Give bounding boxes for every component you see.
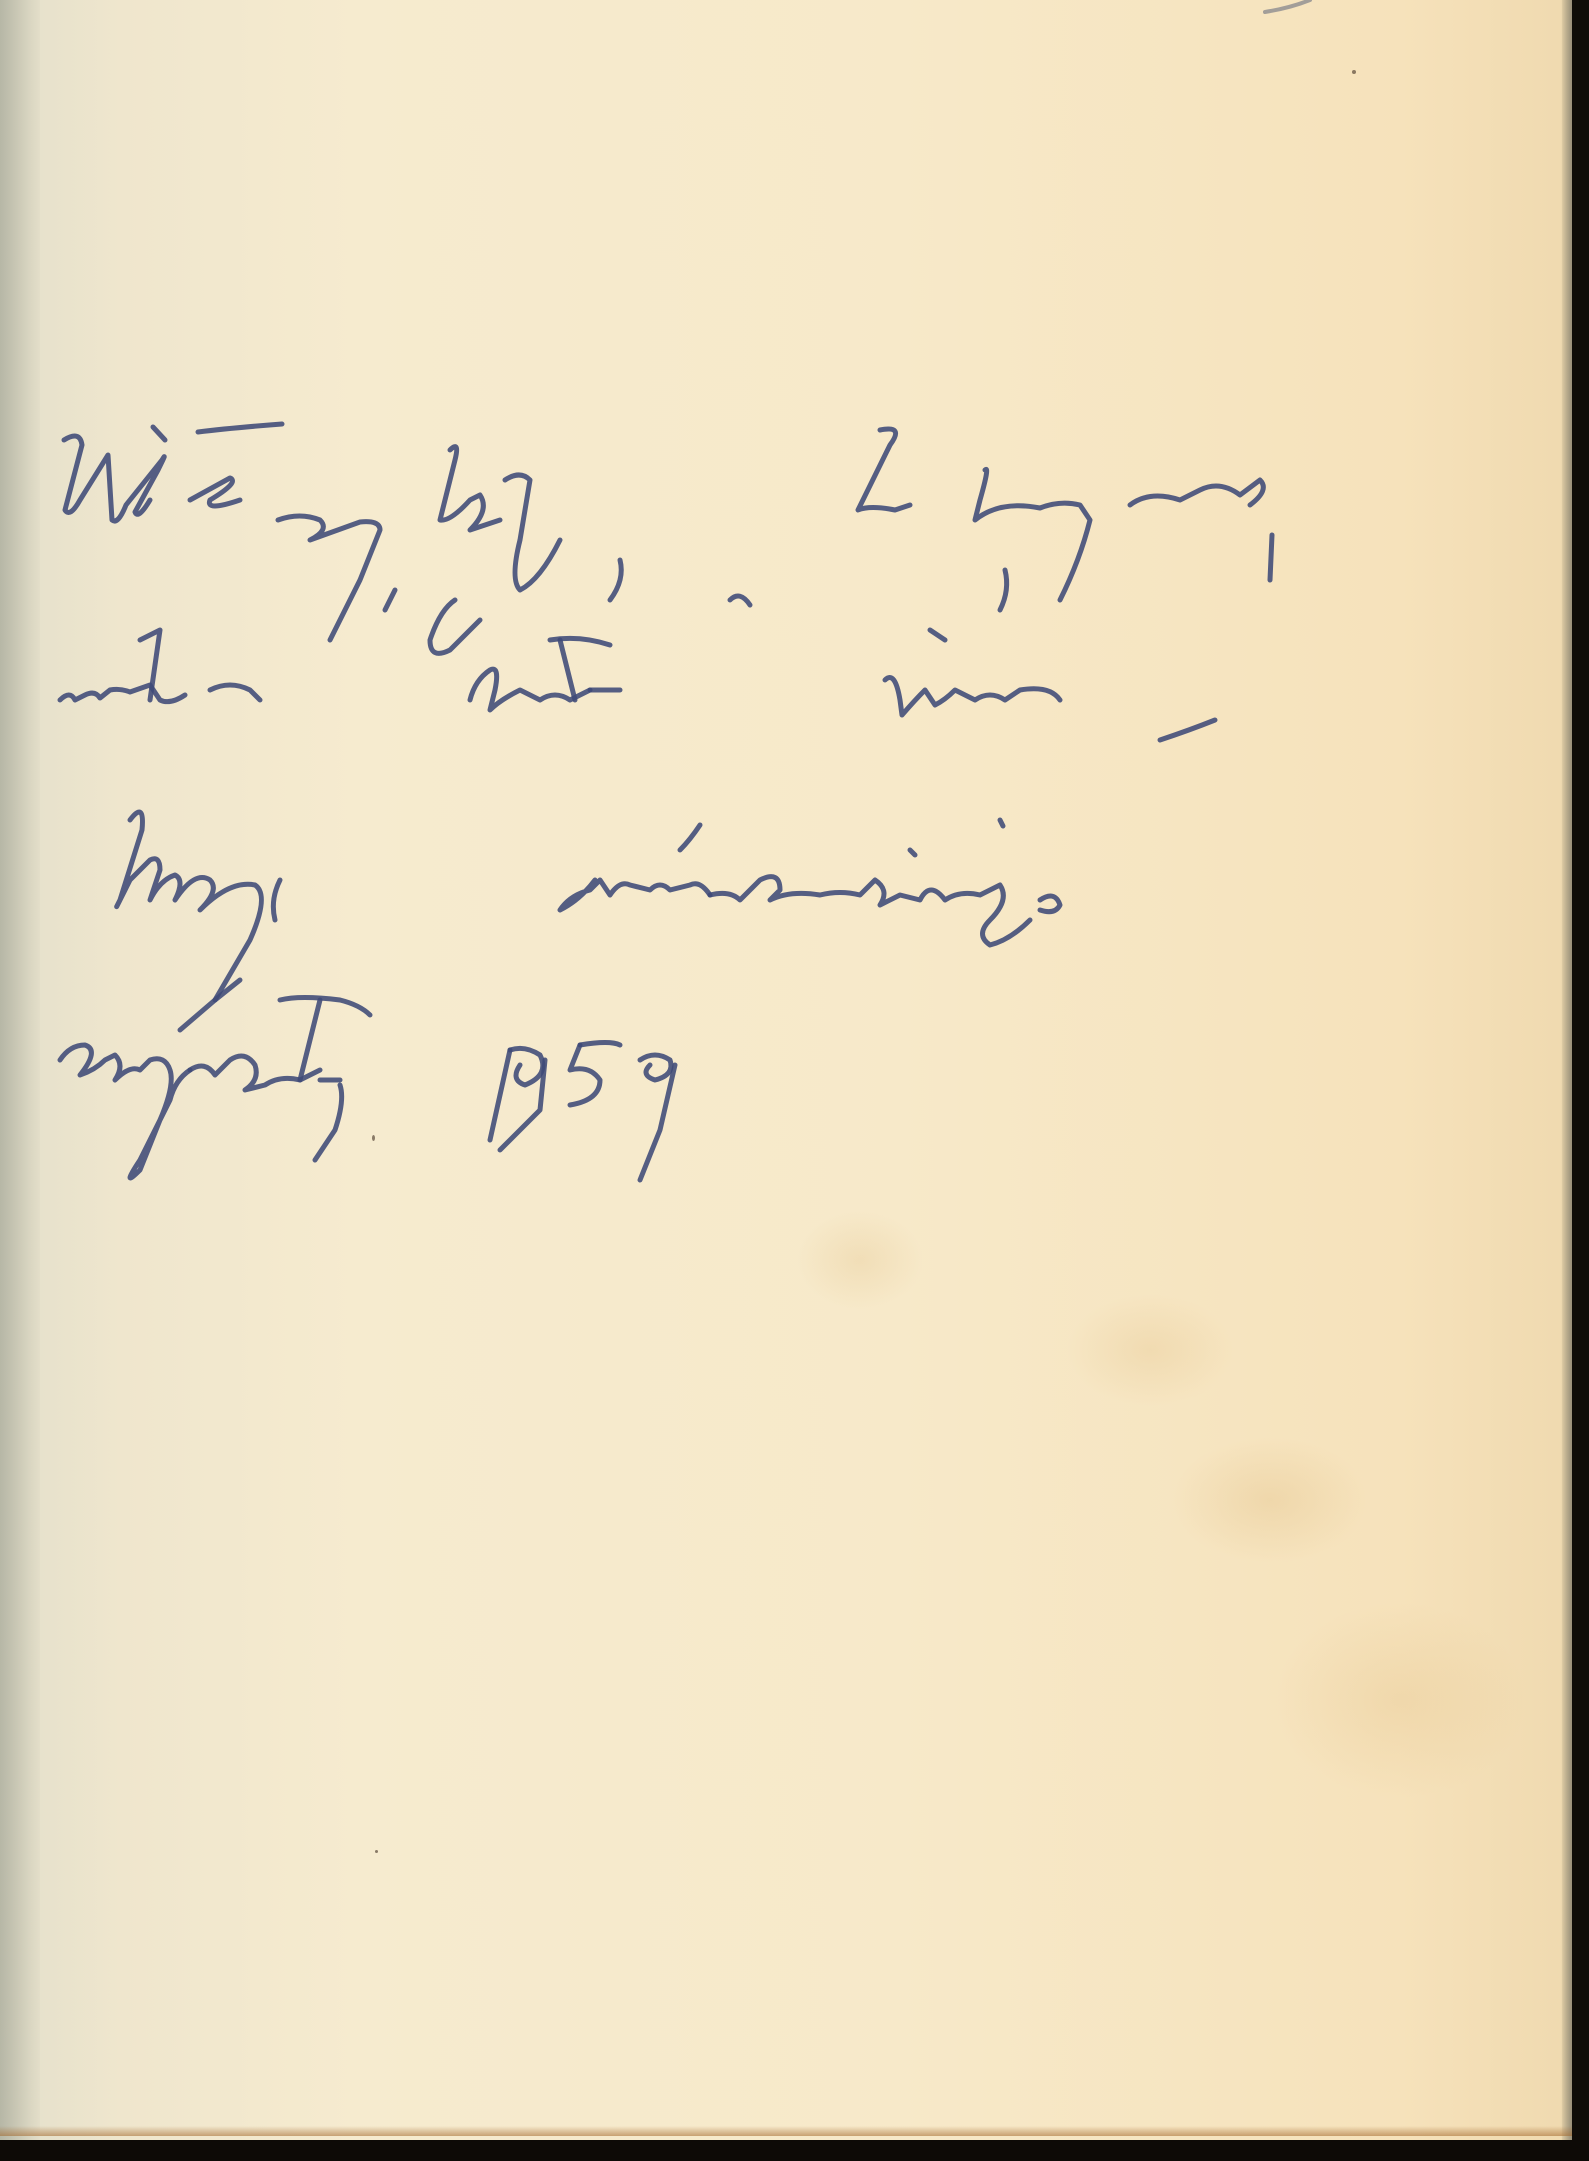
- line-with-my-highest-regards: [64, 424, 1272, 640]
- stray-mark-top: [1265, 0, 1310, 12]
- handwriting-ink: [0, 0, 1589, 2161]
- line-date-august-1959: [60, 980, 675, 1180]
- line-signature: [117, 812, 1060, 1030]
- line-with-best-wishes: [60, 560, 1215, 740]
